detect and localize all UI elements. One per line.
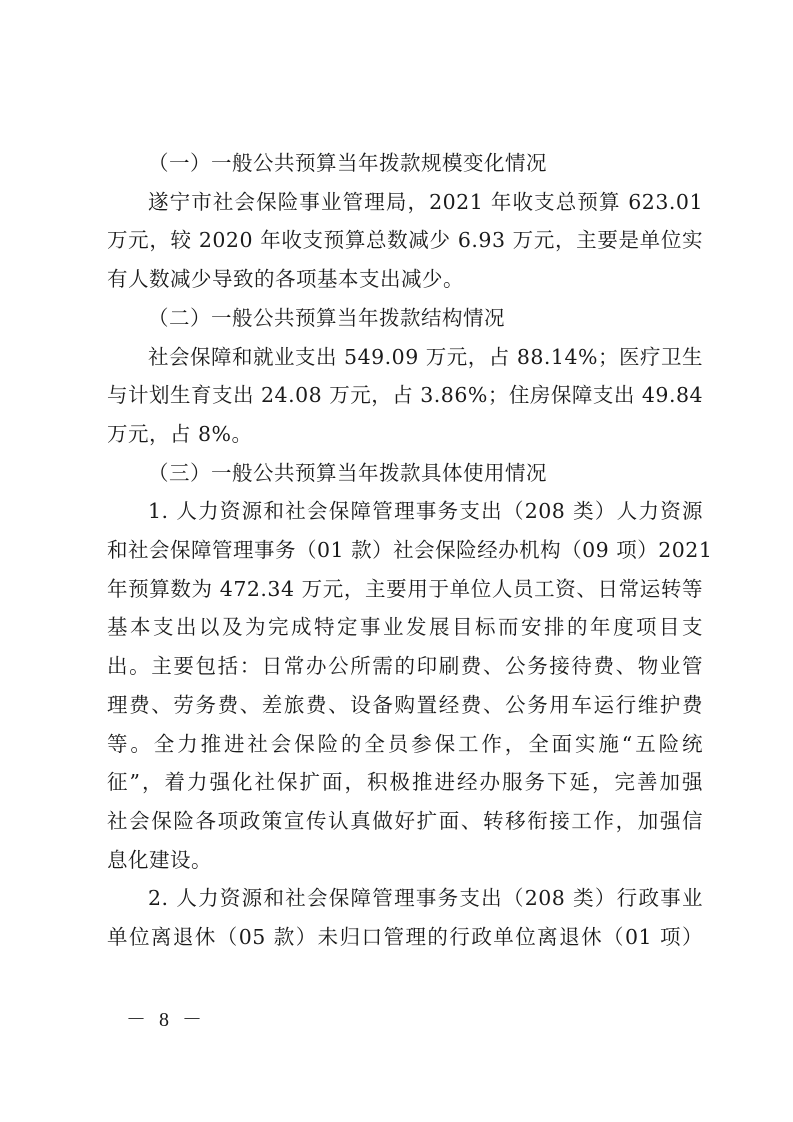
paragraph-line: 等。全力推进社会保险的全员参保工作，全面实施“五险统 [107,729,703,759]
section-heading: （一）一般公共预算当年拨款规模变化情况 [148,148,703,178]
paragraph-line: 息化建设。 [107,845,703,875]
paragraph-line: 2. 人力资源和社会保障管理事务支出（208 类）行政事业 [148,883,703,913]
paragraph-line: 年预算数为 472.34 万元，主要用于单位人员工资、日常运转等 [107,574,703,604]
paragraph-line: 社会保障和就业支出 549.09 万元，占 88.14%；医疗卫生 [148,342,703,372]
paragraph-line: 与计划生育支出 24.08 万元，占 3.86%；住房保障支出 49.84 [107,380,703,410]
paragraph-line: 出。主要包括：日常办公所需的印刷费、公务接待费、物业管 [107,651,703,681]
paragraph-line: 基本支出以及为完成特定事业发展目标而安排的年度项目支 [107,612,703,642]
section-heading: （二）一般公共预算当年拨款结构情况 [148,303,703,333]
paragraph-line: 征”，着力强化社保扩面，积极推进经办服务下延，完善加强 [107,767,703,797]
paragraph-line: 单位离退休（05 款）未归口管理的行政单位离退休（01 项） [107,922,703,952]
document-page: （一）一般公共预算当年拨款规模变化情况遂宁市社会保险事业管理局，2021 年收支… [0,0,793,1122]
paragraph-line: 和社会保障管理事务（01 款）社会保险经办机构（09 项）2021 [107,535,703,565]
paragraph-line: 有人数减少导致的各项基本支出减少。 [107,264,703,294]
paragraph-line: 1. 人力资源和社会保障管理事务支出（208 类）人力资源 [148,496,703,526]
paragraph-line: 社会保险各项政策宣传认真做好扩面、转移衔接工作，加强信 [107,806,703,836]
section-heading: （三）一般公共预算当年拨款具体使用情况 [148,458,703,488]
paragraph-line: 万元，占 8%。 [107,419,703,449]
page-number: － 8 － [126,1003,206,1032]
paragraph-line: 遂宁市社会保险事业管理局，2021 年收支总预算 623.01 [148,187,703,217]
paragraph-line: 理费、劳务费、差旅费、设备购置经费、公务用车运行维护费 [107,690,703,720]
paragraph-line: 万元，较 2020 年收支预算总数减少 6.93 万元，主要是单位实 [107,225,703,255]
